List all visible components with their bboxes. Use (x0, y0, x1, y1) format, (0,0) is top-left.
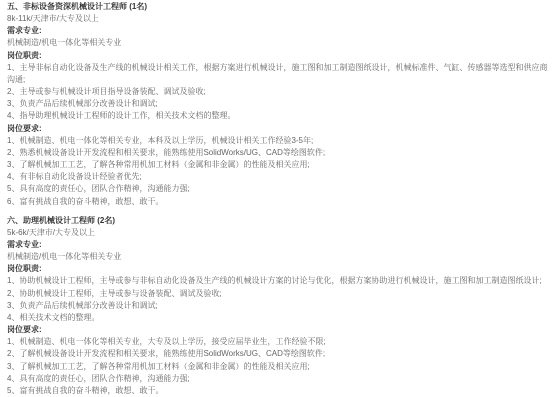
duty-item: 3、负责产品后续机械部分改善设计和调试; (7, 300, 549, 312)
required-major-value: 机械制造/机电一体化等相关专业 (7, 37, 549, 49)
requirement-item: 4、有非标自动化设备设计经验者优先; (7, 171, 549, 183)
duty-item: 3、负责产品后续机械部分改善设计和调试; (7, 98, 549, 110)
job-section: 六、助理机械设计工程师 (2名)5k-6k/天津市/大专及以上需求专业:机械制造… (7, 215, 549, 397)
duty-item: 4、指导助理机械设计工程师的设计工作，相关技术文档的整理。 (7, 110, 549, 122)
requirement-item: 1、机械制造、机电一体化等相关专业，本科及以上学历，机械设计相关工作经验3-5年… (7, 135, 549, 147)
requirement-item: 2、了解机械设备设计开发流程和相关要求，能熟练使用SolidWorks/UG、C… (7, 348, 549, 360)
duty-item: 2、协助机械设计工程师，主导或参与设备装配、调试及验收; (7, 288, 549, 300)
requirement-item: 4、具有高度的责任心，团队合作精神，沟通能力强; (7, 373, 549, 385)
salary-location-education: 8k-11k/天津市/大专及以上 (7, 13, 549, 25)
job-posting-document: 五、非标设备资深机械设计工程师 (1名)8k-11k/天津市/大专及以上需求专业… (0, 0, 554, 397)
section-title: 五、非标设备资深机械设计工程师 (1名) (7, 1, 549, 13)
requirement-item: 3、了解机械加工工艺，了解各种常用机加工材料（金属和非金属）的性能及相关应用; (7, 159, 549, 171)
requirement-item: 5、具有高度的责任心，团队合作精神，沟通能力强; (7, 183, 549, 195)
duty-item: 1、协助机械设计工程师，主导或参与非标自动化设备及生产线的机械设计方案的讨论与优… (7, 275, 549, 287)
requirement-item: 6、富有挑战自我的奋斗精神，敢想、敢干。 (7, 196, 549, 208)
duty-item: 1、主导非标自动化设备及生产线的机械设计相关工作，根据方案进行机械设计，施工图和… (7, 62, 549, 86)
requirement-item: 1、机械制造、机电一体化等相关专业，大专及以上学历，接受应届毕业生，工作经验不限… (7, 336, 549, 348)
duties-label: 岗位职责: (7, 263, 549, 275)
requirement-item: 2、熟悉机械设备设计开发流程和相关要求，能熟练使用SolidWorks/UG、C… (7, 147, 549, 159)
duty-item: 4、相关技术文档的整理。 (7, 312, 549, 324)
duties-label: 岗位职责: (7, 50, 549, 62)
required-major-label: 需求专业: (7, 239, 549, 251)
salary-location-education: 5k-6k/天津市/大专及以上 (7, 227, 549, 239)
requirements-label: 岗位要求: (7, 123, 549, 135)
required-major-value: 机械制造/机电一体化等相关专业 (7, 251, 549, 263)
requirement-item: 3、了解机械加工工艺，了解各种常用机加工材料（金属和非金属）的性能及相关应用; (7, 361, 549, 373)
section-title: 六、助理机械设计工程师 (2名) (7, 215, 549, 227)
required-major-label: 需求专业: (7, 25, 549, 37)
duty-item: 2、主导或参与机械设计项目指导设备装配、调试及验收; (7, 86, 549, 98)
requirements-label: 岗位要求: (7, 324, 549, 336)
requirement-item: 5、富有挑战自我的奋斗精神，敢想、敢干。 (7, 385, 549, 397)
job-section: 五、非标设备资深机械设计工程师 (1名)8k-11k/天津市/大专及以上需求专业… (7, 1, 549, 208)
